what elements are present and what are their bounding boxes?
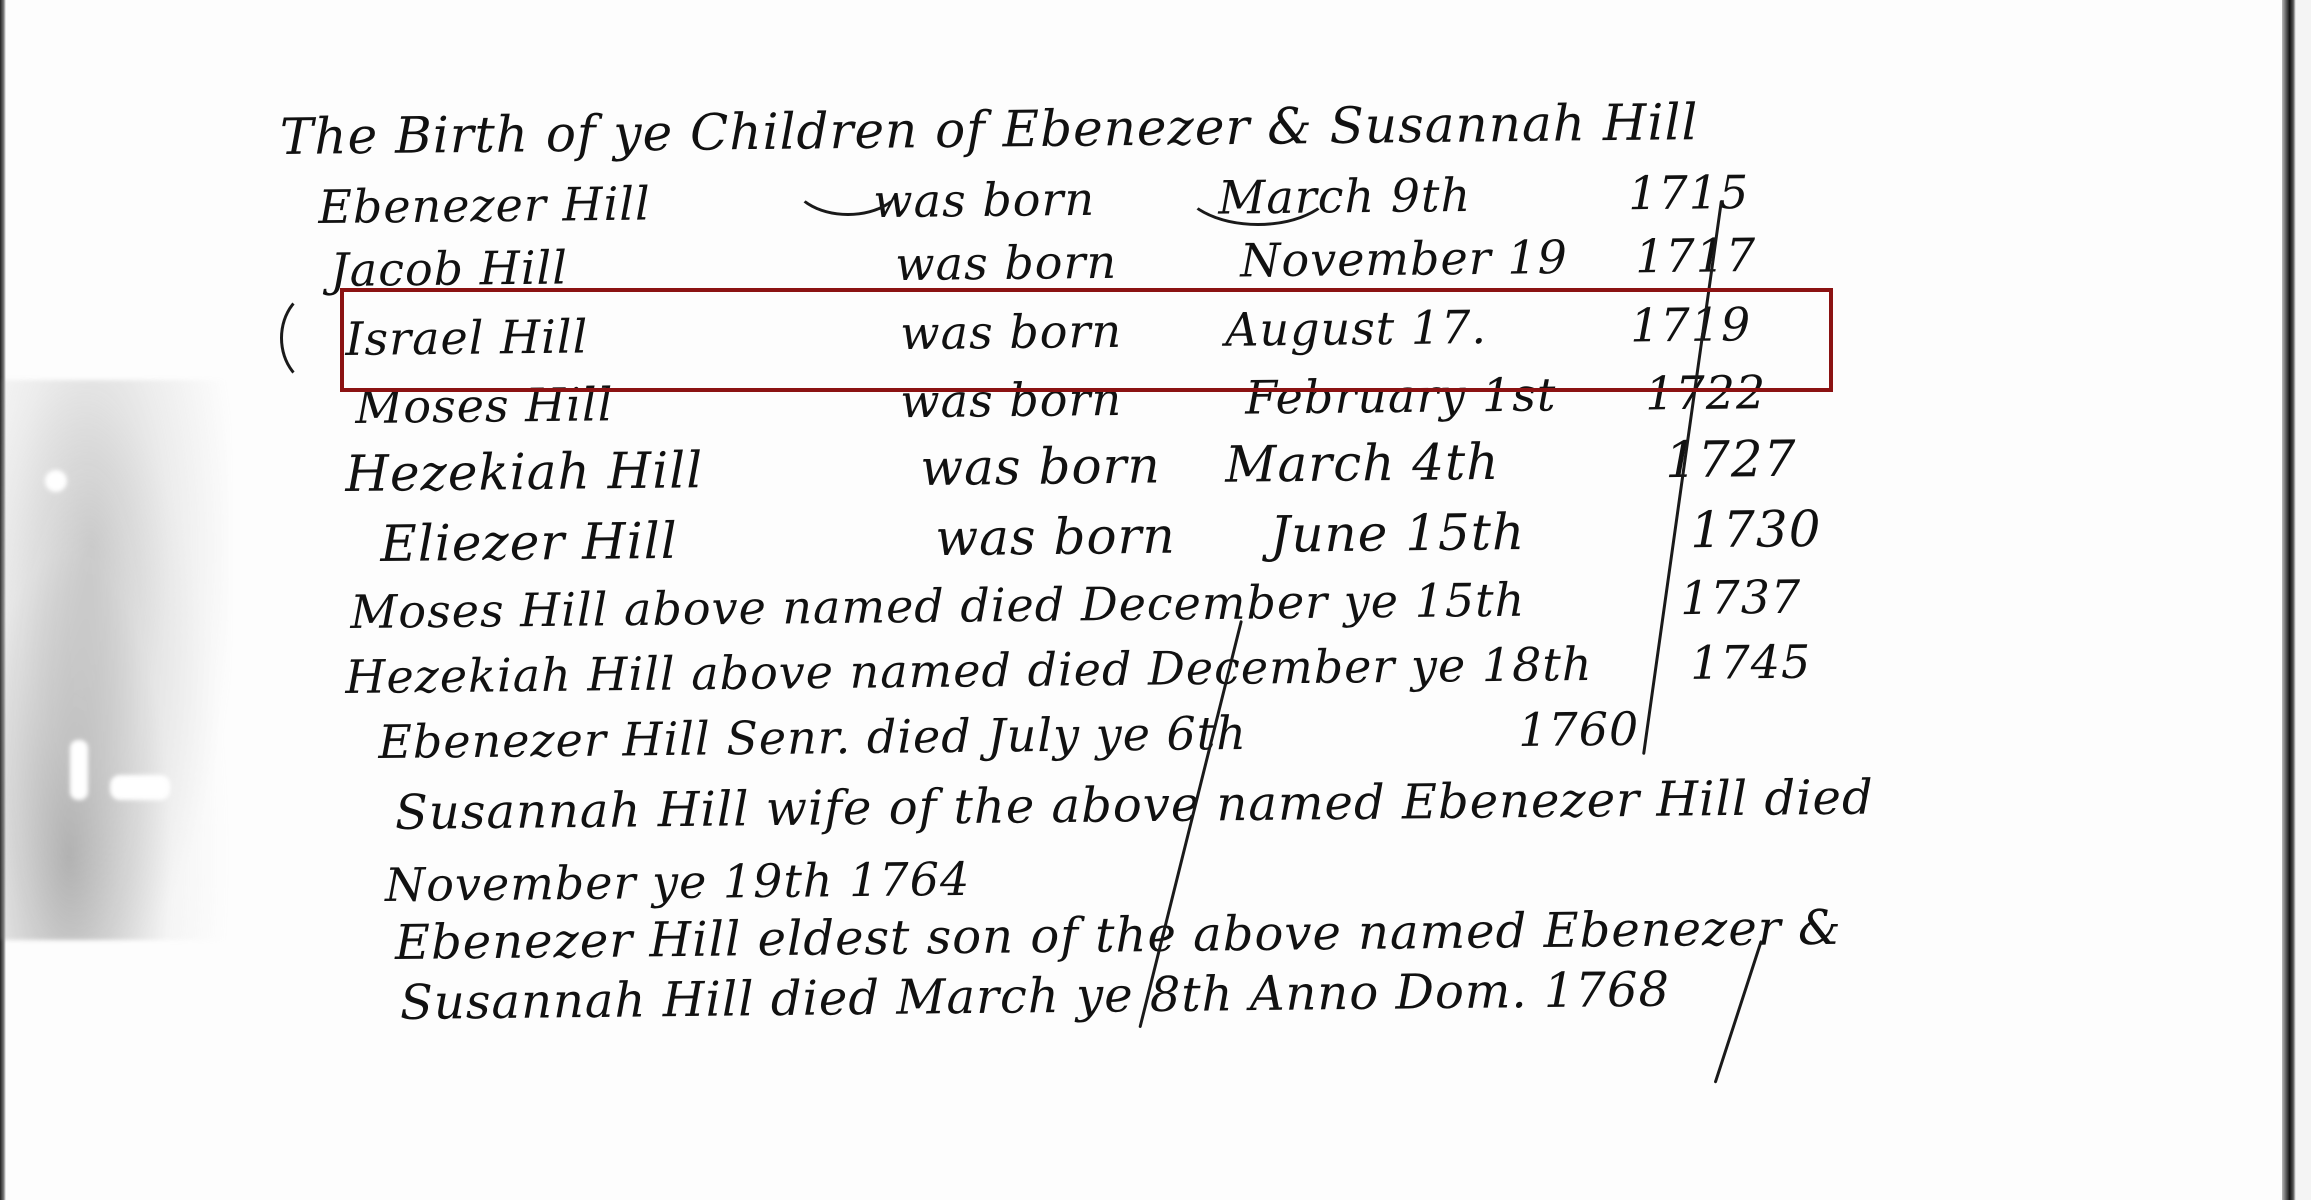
entry-date: November 19	[1240, 230, 1568, 287]
note-text: November ye 19th 1764	[385, 852, 971, 912]
death-year: 1745	[1690, 635, 1812, 690]
pen-flourish	[790, 140, 906, 216]
entry-date: June 15th	[1270, 503, 1525, 564]
entry-date: March 4th	[1225, 433, 1500, 494]
record-title: The Birth of ye Children of Ebenezer & S…	[280, 93, 1699, 166]
document-page: The Birth of ye Children of Ebenezer & S…	[0, 0, 2311, 1200]
pen-stroke	[1714, 940, 1763, 1084]
entry-event: was born	[873, 172, 1095, 228]
death-year: 1760	[1518, 702, 1640, 757]
water-stain	[0, 380, 230, 940]
death-text: Moses Hill above named died December ye …	[350, 573, 1526, 639]
entry-name: Hezekiah Hill	[345, 441, 703, 503]
note-line: Susannah Hill died March ye 8th Anno Dom…	[400, 962, 1671, 1031]
note-line: Ebenezer Hill eldest son of the above na…	[395, 900, 1842, 971]
title-text: The Birth of ye Children of Ebenezer & S…	[280, 93, 1699, 166]
entry-year: 1715	[1628, 165, 1750, 220]
note-line: Susannah Hill wife of the above named Eb…	[395, 770, 1874, 841]
highlight-box	[340, 288, 1833, 392]
note-line: November ye 19th 1764	[385, 852, 971, 912]
entry-event: was born	[895, 235, 1117, 291]
entry-name: Eliezer Hill	[380, 512, 678, 573]
page-right-edge	[2282, 0, 2296, 1200]
page-margin	[2296, 0, 2311, 1200]
note-text: Susannah Hill died March ye 8th Anno Dom…	[400, 962, 1671, 1031]
death-text: Hezekiah Hill above named died December …	[345, 637, 1593, 704]
entry-event: was born	[935, 507, 1176, 568]
entry-year: 1730	[1690, 500, 1822, 559]
note-text: Susannah Hill wife of the above named Eb…	[395, 770, 1874, 841]
entry-year: 1717	[1635, 228, 1757, 283]
pen-flourish	[1180, 140, 1336, 226]
note-text: Ebenezer Hill eldest son of the above na…	[395, 900, 1842, 971]
death-text: Ebenezer Hill Senr. died July ye 6th	[378, 706, 1247, 769]
entry-event: was born	[920, 436, 1161, 497]
death-year: 1737	[1680, 570, 1802, 625]
entry-name: Ebenezer Hill	[318, 177, 651, 234]
